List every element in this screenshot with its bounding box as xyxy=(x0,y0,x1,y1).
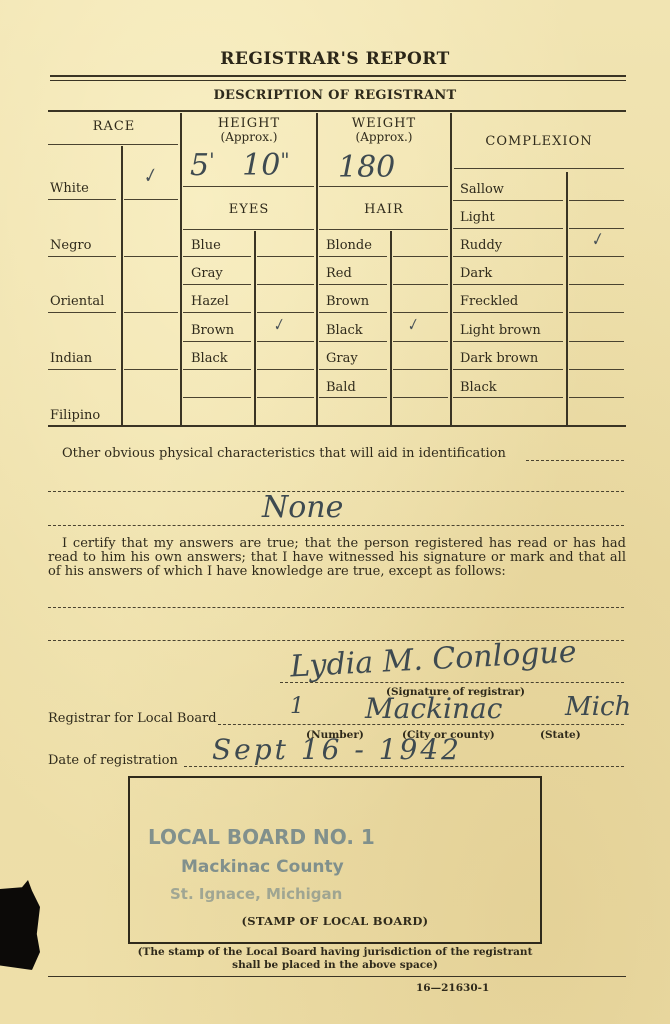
hair-check-line xyxy=(393,369,448,370)
eyes-line xyxy=(183,256,251,257)
height-feet: 5 xyxy=(190,148,209,183)
complexion-light-brown: Light brown xyxy=(460,323,541,338)
other-characteristics-line-2 xyxy=(48,525,624,526)
eyes-check-line xyxy=(257,397,314,398)
stamp-note-line-2: shall be placed in the above space) xyxy=(100,959,570,971)
complexion-line xyxy=(453,397,563,398)
eyes-check-line xyxy=(257,284,314,285)
hair-check-line xyxy=(393,256,448,257)
race-white: White xyxy=(50,181,89,196)
height-header-sub: (Approx.) xyxy=(182,130,316,144)
complexion-dark-brown: Dark brown xyxy=(460,351,538,366)
complexion-black: Black xyxy=(460,380,497,395)
race-check-line xyxy=(124,312,178,313)
hair-line xyxy=(319,369,387,370)
race-line xyxy=(48,312,116,313)
hair-check-col xyxy=(390,231,392,426)
date-value[interactable]: Sept 16 - 1942 xyxy=(212,733,462,766)
eyes-line xyxy=(183,312,251,313)
height-line xyxy=(183,186,314,187)
race-check-col xyxy=(121,146,123,426)
hair-line xyxy=(319,256,387,257)
complexion-header: COMPLEXION xyxy=(452,134,626,149)
hair-header-line xyxy=(319,229,448,230)
race-negro: Negro xyxy=(50,238,91,253)
hair-black: Black xyxy=(326,323,363,338)
complexion-line xyxy=(453,200,563,201)
hair-check-line xyxy=(393,312,448,313)
complexion-line xyxy=(453,256,563,257)
local-board-number[interactable]: 1 xyxy=(290,694,304,719)
form-number: 16—21630-1 xyxy=(416,982,489,994)
complexion-check-col xyxy=(566,172,568,426)
race-header: RACE xyxy=(48,119,180,134)
weight-header-sub: (Approx.) xyxy=(318,130,450,144)
height-header-label: HEIGHT xyxy=(218,116,280,131)
complexion-check-line xyxy=(569,369,624,370)
complexion-dark: Dark xyxy=(460,266,492,281)
eyes-check-line xyxy=(257,312,314,313)
complexion-line xyxy=(453,228,563,229)
complexion-check-line xyxy=(569,397,624,398)
complexion-check-line xyxy=(569,200,624,201)
weight-header: WEIGHT (Approx.) xyxy=(318,116,450,144)
hair-blonde: Blonde xyxy=(326,238,372,253)
local-board-line xyxy=(218,724,624,725)
hair-bald: Bald xyxy=(326,380,356,395)
footer-rule xyxy=(48,976,626,977)
hair-line xyxy=(319,284,387,285)
signature-line xyxy=(280,682,624,683)
description-subtitle: DESCRIPTION OF REGISTRANT xyxy=(0,88,670,103)
weight-header-label: WEIGHT xyxy=(352,116,416,131)
stamp-note-line-1: (The stamp of the Local Board having jur… xyxy=(100,946,570,958)
hair-red: Red xyxy=(326,266,352,281)
hair-line xyxy=(319,341,387,342)
eyes-header-line xyxy=(183,229,314,230)
height-header: HEIGHT (Approx.) xyxy=(182,116,316,144)
complexion-line xyxy=(453,341,563,342)
weight-line xyxy=(319,186,448,187)
race-filipino: Filipino xyxy=(50,408,100,423)
exceptions-line-1 xyxy=(48,607,624,608)
weight-value[interactable]: 180 xyxy=(338,150,395,185)
hair-header: HAIR xyxy=(318,202,450,217)
complexion-check-line xyxy=(569,312,624,313)
certification-text: I certify that my answers are true; that… xyxy=(48,537,626,579)
eyes-check-line xyxy=(257,256,314,257)
race-line xyxy=(48,256,116,257)
stamp-line-2: Mackinac County xyxy=(181,857,344,877)
hair-gray: Gray xyxy=(326,351,358,366)
complexion-check-line xyxy=(569,341,624,342)
date-label: Date of registration xyxy=(48,753,178,768)
other-characteristics-label: Other obvious physical characteristics t… xyxy=(62,446,506,461)
race-check-line xyxy=(124,256,178,257)
eyes-line xyxy=(183,369,251,370)
hair-brown: Brown xyxy=(326,294,369,309)
race-indian: Indian xyxy=(50,351,92,366)
complexion-sallow: Sallow xyxy=(460,182,504,197)
complexion-line xyxy=(453,284,563,285)
date-line xyxy=(184,766,624,767)
stamp-line-1: LOCAL BOARD NO. 1 xyxy=(148,825,375,849)
eyes-line xyxy=(183,284,251,285)
title-rule-top xyxy=(50,75,626,77)
complexion-ruddy: Ruddy xyxy=(460,238,502,253)
race-check-line xyxy=(124,199,178,200)
local-board-state[interactable]: Mich xyxy=(565,692,631,722)
hair-check-line xyxy=(393,341,448,342)
race-check-line xyxy=(124,369,178,370)
hair-check-line xyxy=(393,397,448,398)
other-characteristics-value[interactable]: None xyxy=(262,490,343,525)
eyes-header: EYES xyxy=(182,202,316,217)
col-divider-weight xyxy=(450,113,452,426)
eyes-line xyxy=(183,397,251,398)
eyes-check-col xyxy=(254,231,256,426)
complexion-line xyxy=(453,369,563,370)
hair-check-line xyxy=(393,284,448,285)
col-divider-height xyxy=(316,113,318,426)
table-top-rule xyxy=(48,110,626,112)
table-bottom-rule xyxy=(48,425,626,427)
eyes-line xyxy=(183,341,251,342)
eyes-black: Black xyxy=(191,351,228,366)
height-feet-mark: ' xyxy=(209,148,215,172)
eyes-blue: Blue xyxy=(191,238,221,253)
eyes-gray: Gray xyxy=(191,266,223,281)
complexion-header-line xyxy=(454,168,624,169)
height-inches-mark: " xyxy=(280,148,289,172)
local-board-label: Registrar for Local Board xyxy=(48,711,217,726)
stamp-line-3: St. Ignace, Michigan xyxy=(170,885,342,903)
complexion-freckled: Freckled xyxy=(460,294,518,309)
caption-state: (State) xyxy=(540,729,581,741)
local-board-city[interactable]: Mackinac xyxy=(365,692,502,725)
height-value[interactable]: 5' 10" xyxy=(190,148,290,183)
eyes-hazel: Hazel xyxy=(191,294,229,309)
race-line xyxy=(48,199,116,200)
complexion-check-line xyxy=(569,284,624,285)
hair-line xyxy=(319,397,387,398)
report-title: REGISTRAR'S REPORT xyxy=(0,49,670,69)
race-header-line xyxy=(48,144,178,145)
col-divider-race xyxy=(180,113,182,426)
eyes-check-line xyxy=(257,341,314,342)
title-rule-bottom xyxy=(50,80,626,81)
height-inches: 10 xyxy=(242,148,280,183)
complexion-line xyxy=(453,312,563,313)
stamp-caption: (STAMP OF LOCAL BOARD) xyxy=(128,914,542,928)
other-characteristics-dash xyxy=(526,460,624,461)
race-oriental: Oriental xyxy=(50,294,104,309)
complexion-check-line xyxy=(569,256,624,257)
eyes-brown: Brown xyxy=(191,323,234,338)
race-line xyxy=(48,369,116,370)
hair-line xyxy=(319,312,387,313)
eyes-check-line xyxy=(257,369,314,370)
complexion-light: Light xyxy=(460,210,495,225)
